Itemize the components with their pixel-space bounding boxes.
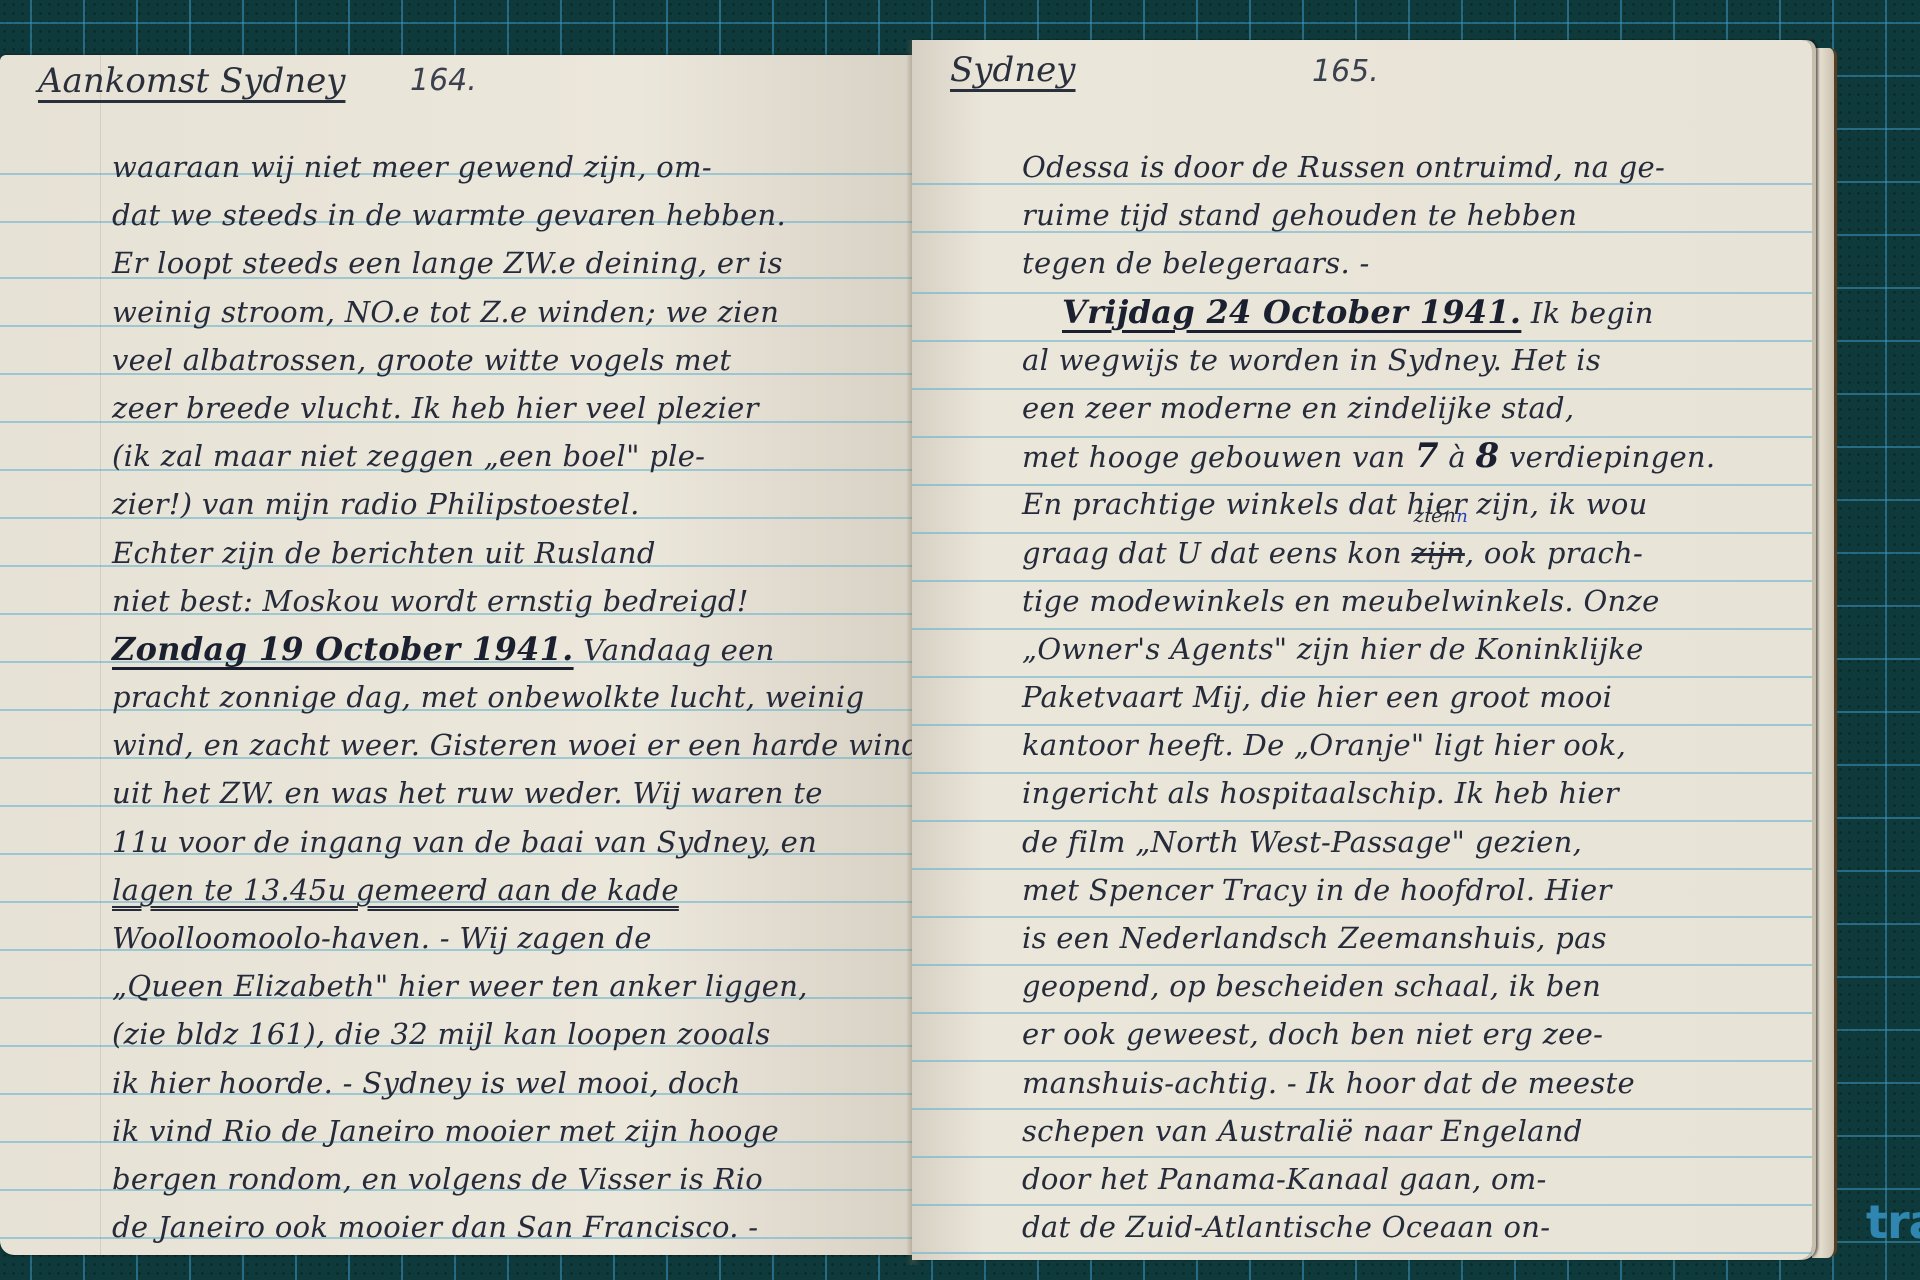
text-line: ingericht als hospitaalschip. Ik heb hie… — [1022, 769, 1715, 817]
overwritten-number: 8 — [1475, 436, 1499, 476]
text-line: Echter zijn de berichten uit Rusland — [112, 529, 921, 577]
entry-date-continuation: Ik begin — [1521, 296, 1653, 330]
text-line: tige modewinkels en meubelwinkels. Onze — [1022, 577, 1715, 625]
text-line: (ik zal maar niet zeggen „een boel" ple- — [112, 432, 921, 480]
text-line-overwritten-numbers: met hooge gebouwen van 7 à 8 verdiepinge… — [1022, 432, 1715, 480]
left-page-header: Aankomst Sydney — [38, 61, 345, 101]
text-line: Paketvaart Mij, die hier een groot mooi — [1022, 673, 1715, 721]
text-line: manshuis-achtig. - Ik hoor dat de meeste — [1022, 1059, 1715, 1107]
handwritten-correction: zijnzienn — [1411, 529, 1464, 577]
right-page-text: Odessa is door de Russen ontruimd, na ge… — [1022, 143, 1715, 1251]
text-line: pracht zonnige dag, met onbewolkte lucht… — [112, 673, 921, 721]
text-fragment: verdiepingen. — [1499, 440, 1715, 474]
watermark-logo: tra — [1866, 1195, 1920, 1255]
inserted-word-text: zien — [1413, 503, 1456, 527]
blue-ink-mark: n — [1456, 506, 1468, 527]
right-page: Sydney 165. Odessa is door de Russen ont… — [912, 40, 1812, 1260]
text-line: Er loopt steeds een lange ZW.e deining, … — [112, 239, 921, 287]
text-line: bergen rondom, en volgens de Visser is R… — [112, 1155, 921, 1203]
text-line: schepen van Australië naar Engeland — [1022, 1107, 1715, 1155]
dated-entry-line: Zondag 19 October 1941. Vandaag een — [112, 625, 921, 673]
text-line: dat we steeds in de warmte gevaren hebbe… — [112, 191, 921, 239]
page-heading: Sydney — [950, 50, 1076, 90]
text-line: niet best: Moskou wordt ernstig bedreigd… — [112, 577, 921, 625]
page-number: 165. — [1312, 54, 1379, 89]
inserted-word: zienn — [1413, 505, 1468, 527]
text-line: kantoor heeft. De „Oranje" ligt hier ook… — [1022, 721, 1715, 769]
text-line: de Janeiro ook mooier dan San Francisco.… — [112, 1203, 921, 1251]
text-line: uit het ZW. en was het ruw weder. Wij wa… — [112, 769, 921, 817]
text-line-with-correction: graag dat U dat eens kon zijnzienn, ook … — [1022, 529, 1715, 577]
text-line: met Spencer Tracy in de hoofdrol. Hier — [1022, 866, 1715, 914]
entry-date-continuation: Vandaag een — [574, 633, 775, 667]
text-fragment: , ook prach- — [1465, 536, 1643, 570]
stacked-page-edges — [1812, 48, 1837, 1258]
text-line: is een Nederlandsch Zeemanshuis, pas — [1022, 914, 1715, 962]
text-line: „Queen Elizabeth" hier weer ten anker li… — [112, 962, 921, 1010]
text-fragment: graag dat U dat eens kon — [1022, 536, 1411, 570]
text-line: geopend, op bescheiden schaal, ik ben — [1022, 962, 1715, 1010]
text-line: zier!) van mijn radio Philipstoestel. — [112, 480, 921, 528]
page-number: 164. — [410, 63, 477, 98]
dated-entry-line: Vrijdag 24 October 1941. Ik begin — [1022, 288, 1715, 336]
text-line: waaraan wij niet meer gewend zijn, om- — [112, 143, 921, 191]
text-line: zeer breede vlucht. Ik heb hier veel ple… — [112, 384, 921, 432]
text-line: ik hier hoorde. - Sydney is wel mooi, do… — [112, 1059, 921, 1107]
text-line: 11u voor de ingang van de baai van Sydne… — [112, 818, 921, 866]
text-line: Odessa is door de Russen ontruimd, na ge… — [1022, 143, 1715, 191]
text-line: En prachtige winkels dat hier zijn, ik w… — [1022, 480, 1715, 528]
text-line: een zeer moderne en zindelijke stad, — [1022, 384, 1715, 432]
left-page: Aankomst Sydney 164. waaraan wij niet me… — [0, 55, 912, 1255]
text-fragment: met hooge gebouwen van — [1022, 440, 1415, 474]
struck-word: zijn — [1411, 536, 1464, 570]
text-line: ik vind Rio de Janeiro mooier met zijn h… — [112, 1107, 921, 1155]
text-line: door het Panama-Kanaal gaan, om- — [1022, 1155, 1715, 1203]
text-line: dat de Zuid-Atlantische Oceaan on- — [1022, 1203, 1715, 1251]
overwritten-number: 7 — [1415, 436, 1439, 476]
right-page-header: Sydney — [950, 50, 1076, 90]
text-line: „Owner's Agents" zijn hier de Koninklijk… — [1022, 625, 1715, 673]
margin-line — [100, 55, 101, 1255]
text-line-underlined: lagen te 13.45u gemeerd aan de kade — [112, 866, 921, 914]
text-line: tegen de belegeraars. - — [1022, 239, 1715, 287]
text-line: ruime tijd stand gehouden te hebben — [1022, 191, 1715, 239]
text-line: (zie bldz 161), die 32 mijl kan loopen z… — [112, 1010, 921, 1058]
text-fragment: à — [1439, 440, 1476, 474]
left-page-text: waaraan wij niet meer gewend zijn, om- d… — [112, 143, 921, 1251]
underlined-phrase: lagen te 13.45u gemeerd aan de kade — [112, 873, 679, 907]
entry-date-heading: Vrijdag 24 October 1941. — [1062, 293, 1521, 331]
text-line: de film „North West-Passage" gezien, — [1022, 818, 1715, 866]
text-line: wind, en zacht weer. Gisteren woei er ee… — [112, 721, 921, 769]
text-line: weinig stroom, NO.e tot Z.e winden; we z… — [112, 288, 921, 336]
text-line: Woolloomoolo-haven. - Wij zagen de — [112, 914, 921, 962]
page-heading: Aankomst Sydney — [38, 61, 345, 101]
text-line: er ook geweest, doch ben niet erg zee- — [1022, 1010, 1715, 1058]
entry-date-heading: Zondag 19 October 1941. — [112, 630, 574, 668]
text-line: veel albatrossen, groote witte vogels me… — [112, 336, 921, 384]
text-line: al wegwijs te worden in Sydney. Het is — [1022, 336, 1715, 384]
